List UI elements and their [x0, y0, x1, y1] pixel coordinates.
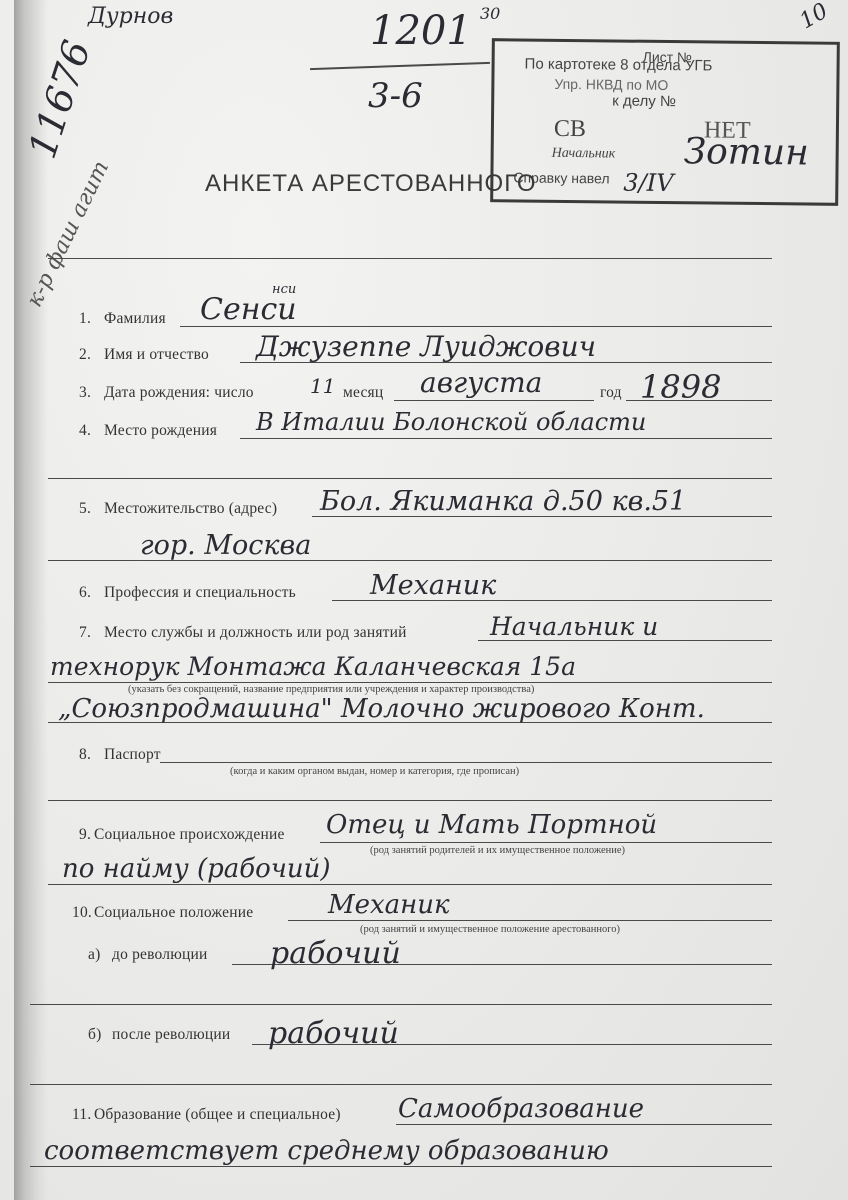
field-name-value: Джузеппе Луиджович [256, 330, 596, 363]
left-name-note: Дурнов [88, 4, 173, 29]
document-page: Дурнов 11676 к-р фаш агит 1201 30 3-6 10… [0, 0, 848, 1200]
field-dob-year-label: год [600, 384, 622, 402]
field-9-num: 9. [79, 826, 91, 844]
stamp-department: Упр. НКВД по МО [554, 76, 668, 93]
field-4-num: 4. [79, 422, 91, 440]
field-workplace-label: Место службы и должность или род занятий [104, 624, 407, 642]
corner-mark: 10 [796, 0, 833, 34]
field-3-num: 3. [79, 384, 91, 402]
field-workplace-value-3: „Союзпродмашина" Молочно жирового Конт. [58, 694, 705, 724]
field-before-revolution-label: до революции [112, 946, 208, 964]
binding-shadow [14, 0, 48, 1200]
field-origin-value: Отец и Мать Портной [326, 810, 657, 840]
field-address-label: Местожительство (адрес) [104, 500, 277, 518]
page-title: АНКЕТА АРЕСТОВАННОГО [205, 170, 537, 198]
field-status-label: Социальное положение [94, 904, 253, 922]
field-name-label: Имя и отчество [104, 346, 209, 364]
field-profession-label: Профессия и специальность [104, 584, 296, 602]
field-birthplace-line [240, 438, 772, 439]
field-education-line [396, 1124, 772, 1125]
field-origin-value-2: по найму (рабочий) [62, 854, 331, 884]
field-dob-month-line [394, 400, 594, 401]
stamp-case-label: к делу № [612, 92, 676, 110]
field-status-line [288, 920, 772, 921]
field-after-revolution-value: рабочий [268, 1016, 399, 1051]
field-origin-line-2 [48, 884, 772, 885]
field-origin-hint: (род занятий родителей и их имущественно… [370, 845, 625, 856]
field-workplace-value: Начальник и [490, 612, 658, 641]
field-workplace-value-2: технорук Монтажа Каланчевская 15а [50, 652, 576, 681]
field-8-num: 8. [79, 746, 91, 764]
field-10b-num: б) [88, 1026, 101, 1044]
stamp-card-index: По картотеке 8 отдела УГБ [525, 56, 713, 75]
field-passport-line [160, 762, 772, 763]
field-dob-month-label: месяц [343, 384, 383, 402]
field-after-revolution-line-2 [30, 1084, 772, 1085]
field-dob-day: 11 [310, 374, 335, 398]
field-passport-line-2 [48, 800, 772, 801]
field-7-num: 7. [79, 624, 91, 642]
field-surname-label: Фамилия [104, 310, 166, 328]
stamp-signature: Зотин [683, 131, 809, 173]
field-1-num: 1. [79, 310, 91, 328]
field-dob-month: августа [420, 366, 542, 399]
field-passport-label: Паспорт [104, 746, 161, 764]
field-before-revolution-value: рабочий [270, 936, 401, 971]
field-birthplace-line-2 [48, 478, 772, 479]
field-surname-value: Сенси [200, 292, 297, 327]
field-10-num: 10. [72, 904, 92, 922]
field-status-value: Механик [328, 890, 450, 920]
field-after-revolution-label: после революции [112, 1026, 230, 1044]
stamp-sv: СВ [554, 116, 586, 143]
field-passport-hint: (когда и каким органом выдан, номер и ка… [230, 766, 519, 777]
field-dob-label: Дата рождения: число [104, 384, 254, 402]
field-11-num: 11. [72, 1106, 91, 1124]
header-divider [48, 258, 772, 259]
field-2-num: 2. [79, 346, 91, 364]
file-number: 1201 [370, 8, 472, 54]
stamp-date: 3/IV [623, 169, 673, 198]
file-sub-number: 3-6 [368, 76, 423, 116]
stamp-chief: Начальник [552, 146, 616, 163]
field-origin-label: Социальное происхождение [94, 826, 285, 844]
field-status-hint: (род занятий и имущественное положение а… [360, 924, 620, 935]
field-profession-value: Механик [370, 570, 496, 601]
field-workplace-line-2 [48, 682, 772, 683]
registry-stamp: Лист № По картотеке 8 отдела УГБ Упр. НК… [490, 38, 840, 206]
field-education-label: Образование (общее и специальное) [94, 1106, 341, 1124]
field-surname-correction: нси [272, 282, 296, 297]
field-origin-line [320, 842, 772, 843]
field-6-num: 6. [79, 584, 91, 602]
field-before-revolution-line-2 [30, 1004, 772, 1005]
field-education-line-2 [30, 1166, 772, 1167]
superscript-mark: 30 [480, 4, 500, 23]
field-5-num: 5. [79, 500, 91, 518]
field-birthplace-value: В Италии Болонской области [256, 408, 646, 436]
field-10a-num: а) [88, 946, 100, 964]
field-birthplace-label: Место рождения [104, 422, 217, 440]
field-dob-year: 1898 [640, 368, 721, 406]
field-education-value: Самообразование [398, 1094, 644, 1124]
field-education-value-2: соответствует среднему образованию [44, 1136, 609, 1166]
field-address-value: Бол. Якиманка д.50 кв.51 [320, 486, 686, 517]
file-number-divider [310, 62, 490, 70]
field-address-city: гор. Москва [140, 530, 311, 561]
